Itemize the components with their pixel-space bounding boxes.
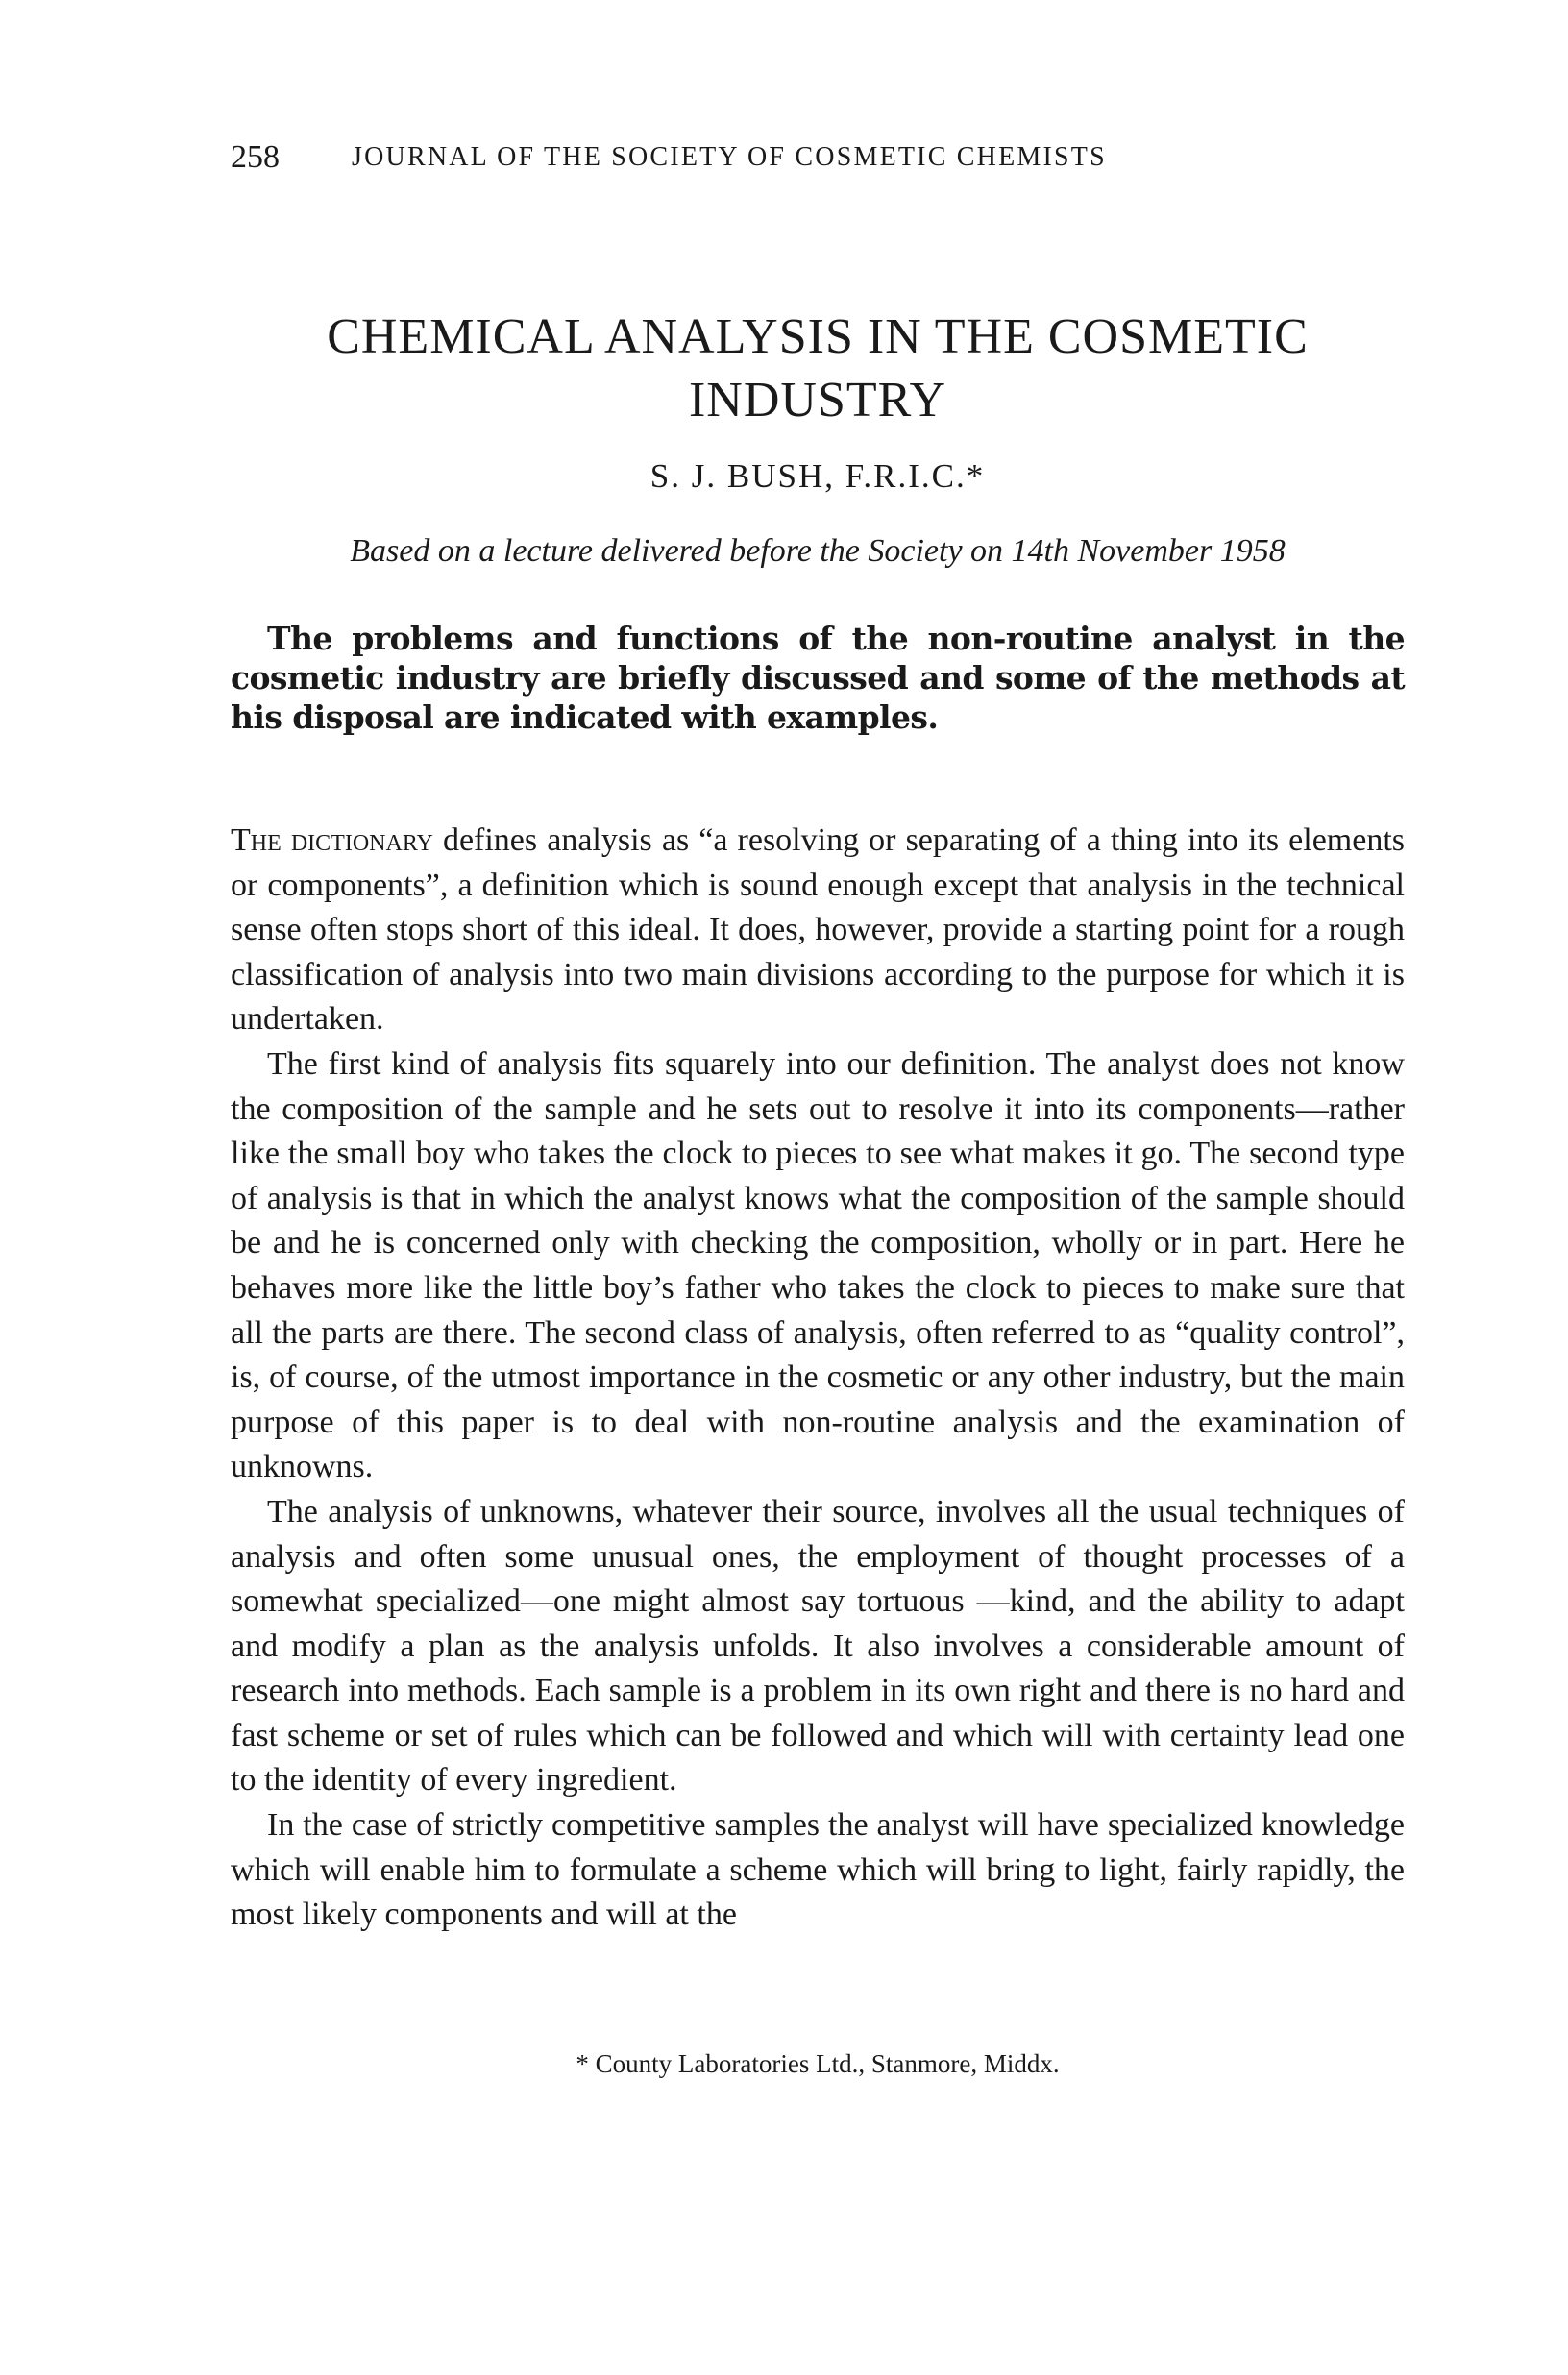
lecture-byline: Based on a lecture delivered before the … <box>231 530 1405 573</box>
body-paragraph: The first kind of analysis fits squarely… <box>231 1042 1405 1490</box>
journal-title: JOURNAL OF THE SOCIETY OF COSMETIC CHEMI… <box>352 136 1107 179</box>
article-title: CHEMICAL ANALYSIS IN THE COSMETIC INDUST… <box>231 306 1405 432</box>
paragraph-lead-in: The dictionary <box>231 822 433 858</box>
body-paragraph: In the case of strictly competitive samp… <box>231 1803 1405 1938</box>
abstract: The problems and functions of the non-ro… <box>231 619 1405 737</box>
body-paragraph: The analysis of unknowns, whatever their… <box>231 1490 1405 1803</box>
page-number: 258 <box>231 136 280 179</box>
article-body: The dictionary defines analysis as “a re… <box>231 819 1405 1938</box>
author-affiliation-footnote: * County Laboratories Ltd., Stanmore, Mi… <box>231 2044 1405 2083</box>
author-line: S. J. BUSH, F.R.I.C.* <box>231 455 1405 498</box>
body-paragraph: The dictionary defines analysis as “a re… <box>231 819 1405 1042</box>
running-header: 258 JOURNAL OF THE SOCIETY OF COSMETIC C… <box>231 136 1405 179</box>
